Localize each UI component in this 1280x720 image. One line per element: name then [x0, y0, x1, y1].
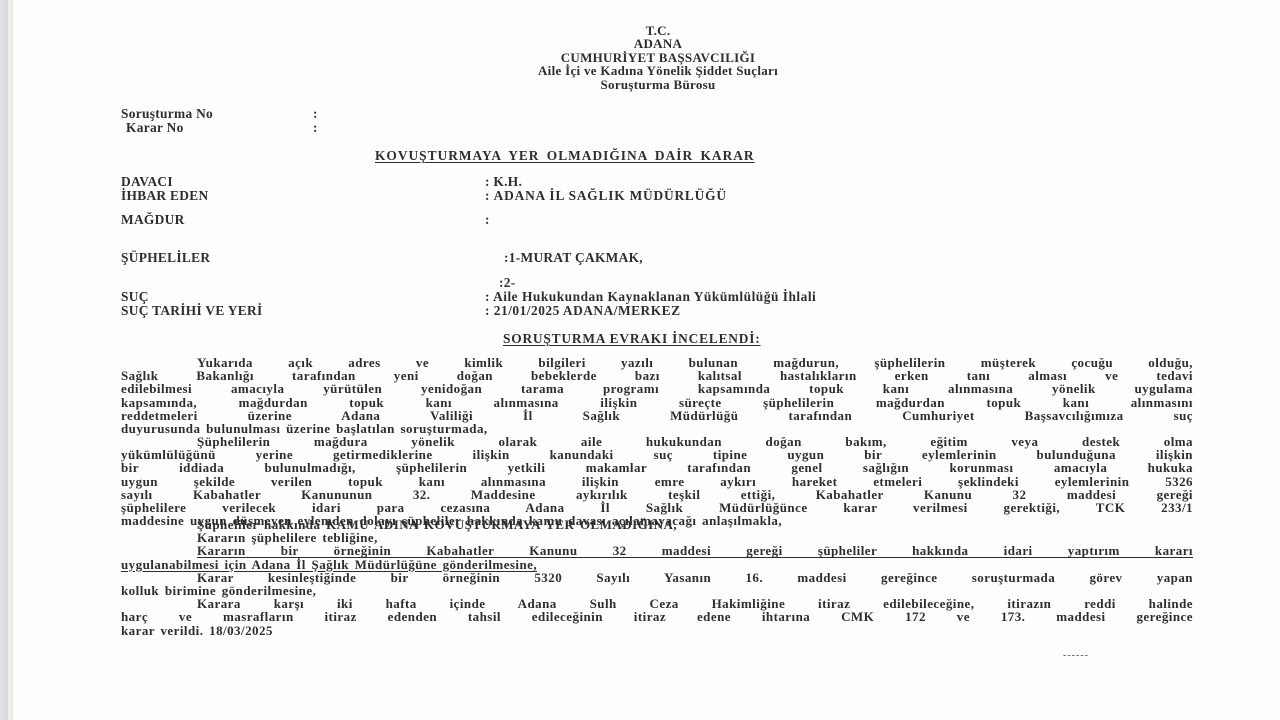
paragraph-1: Yukarıda açık adres ve kimlik bilgileri … — [121, 356, 1193, 435]
supheli-1: :1-MURAT ÇAKMAK, — [504, 250, 643, 266]
decision-date: karar verildi. 18/03/2025 — [121, 624, 1193, 637]
header-department: Aile İçi ve Kadına Yönelik Şiddet Suçlar… — [13, 64, 1280, 77]
header-office: CUMHURİYET BAŞSAVCILIĞI — [13, 51, 1280, 64]
suc-tarihi-label: SUÇ TARİHİ VE YERİ — [121, 303, 262, 319]
magdur-label: MAĞDUR — [121, 212, 185, 228]
suc-tarihi-value: : 21/01/2025 ADANA/MERKEZ — [485, 303, 681, 319]
document-title: KOVUŞTURMAYA YER OLMADIĞINA DAİR KARAR — [375, 148, 755, 164]
paragraph-1-line: edilebilmesi amacıyla yürütülen yenidoğa… — [121, 382, 1193, 395]
decision-section: Şüpheliler hakkında KAMU ADINA KOVUŞTURM… — [121, 518, 1193, 637]
supheliler-label: ŞÜPHELİLER — [121, 250, 210, 266]
viewer-left-edge — [0, 0, 8, 720]
paragraph-1-line: kapsamında, mağdurdan topuk kanı alınmas… — [121, 396, 1193, 409]
decision-forward-health-cont: uygulanabilmesi için Adana İl Şağlık Müd… — [121, 558, 1193, 571]
paragraph-2-line: uygun şekilde verilen topuk kanı alınmas… — [121, 475, 1193, 488]
document-header: T.C. ADANA CUMHURİYET BAŞSAVCILIĞI Aile … — [13, 24, 1280, 91]
paragraph-2: Şüphelilerin mağdura yönelik olarak aile… — [121, 435, 1193, 527]
ihbar-eden-value: : ADANA İL SAĞLIK MÜDÜRLÜĞÜ — [485, 188, 727, 204]
document-page: T.C. ADANA CUMHURİYET BAŞSAVCILIĞI Aile … — [13, 0, 1280, 720]
decision-appeal-cont: harç ve masrafların itiraz edenden tahsi… — [121, 610, 1193, 623]
karar-no-value: : — [313, 120, 318, 136]
ihbar-eden-label: İHBAR EDEN — [121, 188, 208, 204]
signature-placeholder: ------ — [1063, 650, 1089, 661]
section-title: SORUŞTURMA EVRAKI İNCELENDİ: — [503, 331, 761, 347]
magdur-value: : — [485, 212, 490, 228]
header-city: ADANA — [13, 37, 1280, 50]
karar-no-label: Karar No — [126, 120, 184, 136]
header-bureau: Soruşturma Bürosu — [13, 78, 1280, 91]
header-tc: T.C. — [13, 24, 1280, 37]
paragraph-2-line: bir iddiada bulunulmadığı, şüphelilerin … — [121, 461, 1193, 474]
